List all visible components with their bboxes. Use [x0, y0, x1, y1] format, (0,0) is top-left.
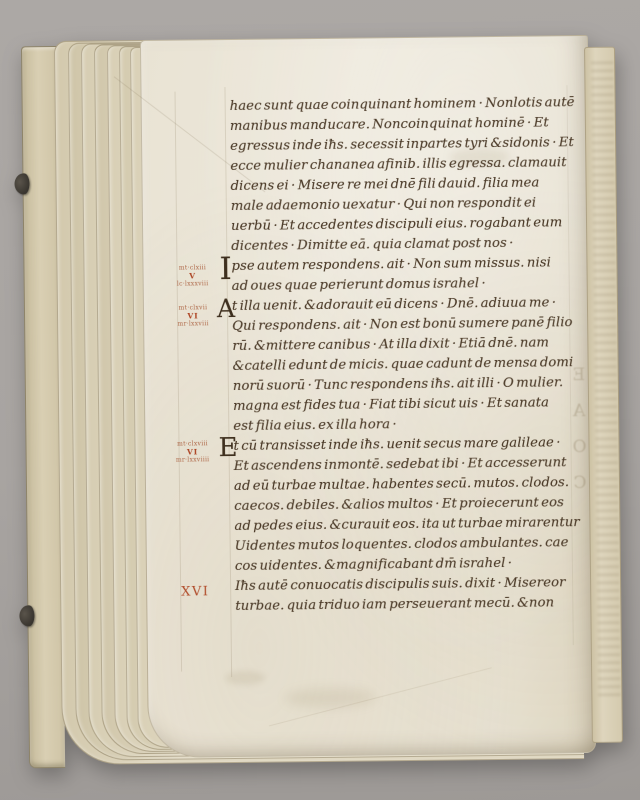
canon-ref-bottom: mr·lxxviii	[161, 321, 225, 329]
manuscript-line: turbae. quia triduo iam perseuerant mecū…	[235, 593, 591, 617]
line-text: magna est fides tua · Fiat tibi sicut ui…	[233, 395, 549, 414]
eusebian-canon-note: mt·clxviii VI mr·lxxviiii	[160, 441, 224, 464]
line-text: pse autem respondens. ait · Non sum miss…	[231, 255, 551, 274]
line-text: rū. &mittere canibus · At illa dixit · E…	[232, 335, 549, 354]
line-text: dicentes · Dimitte eā. quia clamat post …	[231, 236, 513, 254]
line-text: dicens ei · Misere re mei dnē fili dauid…	[230, 176, 539, 195]
book-clasp	[14, 173, 29, 194]
canon-ref-top: mt·clxviii	[160, 441, 224, 449]
canon-ref-top: mt·clxiii	[160, 265, 224, 273]
line-text: norū suorū · Tunc respondens iħs. ait il…	[233, 375, 564, 394]
line-text: haec sunt quae coinquinant hominem · Non…	[230, 95, 575, 114]
chapter-numeral-rubric: XVI	[181, 584, 209, 599]
line-text: Qui respondens. ait · Non est bonū sumer…	[232, 315, 573, 334]
line-text: ad eū turbae multae. habentes secū. muto…	[234, 475, 569, 494]
next-page-fore-edge	[584, 47, 623, 743]
line-text: Iħs autē conuocatis discipulis suis. dix…	[235, 575, 566, 594]
manuscript-text-block: haec sunt quae coinquinant hominem · Non…	[230, 93, 592, 617]
line-text: ecce mulier chananea afinib. illis egres…	[230, 155, 566, 174]
book-clasp	[19, 605, 34, 626]
codex-book: E A O C mt·clxiii V lc·lxxxviii mt·clxvi…	[18, 27, 624, 772]
line-text: t illa uenit. &adorauit eū dicens · Dnē.…	[232, 295, 556, 314]
line-text: Et ascendens inmontē. sedebat ibi · Et a…	[234, 455, 567, 474]
line-text: Uidentes mutos loquentes. clodos ambulan…	[235, 535, 569, 554]
line-text: cos uidentes. &magnificabant dm̄ israhel…	[235, 556, 512, 574]
line-text: turbae. quia triduo iam perseuerant mecū…	[235, 595, 554, 614]
canon-ref-bottom: mr·lxxviiii	[161, 457, 225, 465]
line-text: ad oues quae perierunt domus israhel ·	[232, 276, 486, 294]
line-text: ad pedes eius. &curauit eos. ita ut turb…	[234, 515, 579, 534]
line-text: &catelli edunt de micis. quae cadunt de …	[233, 355, 574, 374]
canon-ref-top: mt·clxvii	[161, 305, 225, 313]
line-text: t cū transisset inde iħs. uenit secus ma…	[233, 435, 560, 454]
eusebian-canon-note: mt·clxiii V lc·lxxxviii	[160, 265, 224, 288]
line-text: caecos. debiles. &alios multos · Et proi…	[234, 495, 564, 514]
eusebian-canon-note: mt·clxvii VI mr·lxxviii	[161, 305, 225, 328]
line-text: manibus manducare. Noncoinquinat hominē …	[230, 115, 549, 134]
illuminated-initial: I	[219, 254, 232, 285]
line-text: est filia eius. ex illa hora ·	[233, 417, 397, 434]
line-text: egressus inde iħs. secessit inpartes tyr…	[230, 135, 574, 154]
show-through-text	[591, 62, 620, 702]
canon-ref-bottom: lc·lxxxviii	[161, 281, 225, 289]
line-text: male adaemonio uexatur · Qui non respond…	[231, 196, 537, 214]
line-text: uerbū · Et accedentes discipuli eius. ro…	[231, 215, 563, 234]
